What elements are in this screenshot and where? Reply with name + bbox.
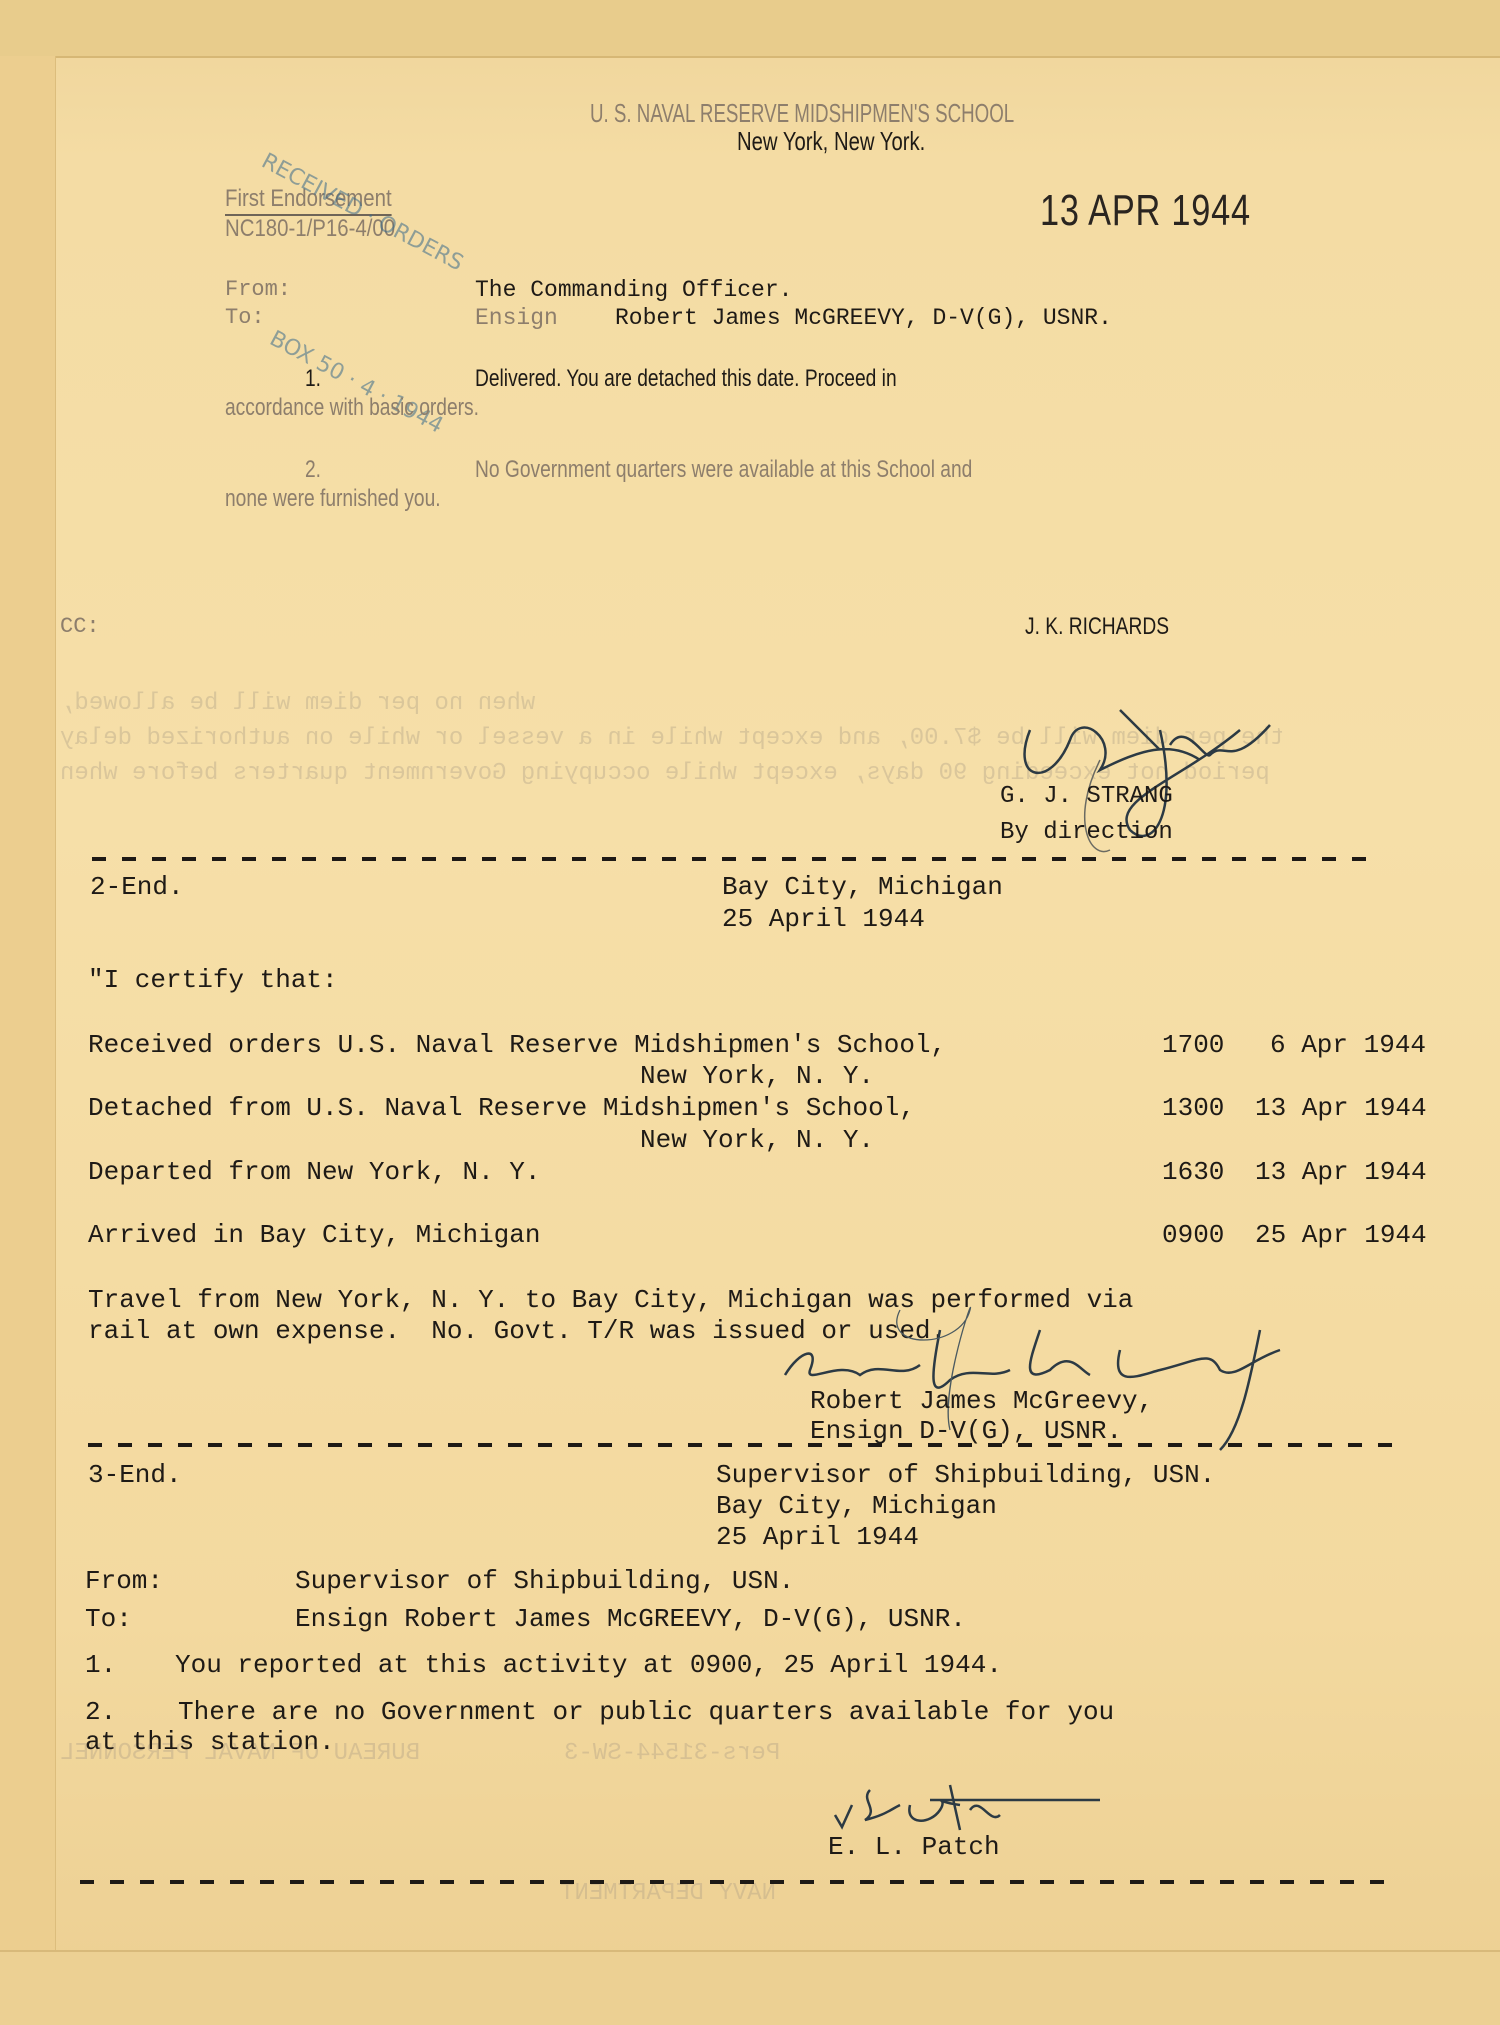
- third-endorsement-office: Supervisor of Shipbuilding, USN.: [716, 1460, 1215, 1490]
- itinerary-time: 1630: [1162, 1157, 1224, 1187]
- itinerary-date: 13 Apr 1944: [1255, 1093, 1427, 1123]
- itinerary-date: 25 Apr 1944: [1255, 1220, 1427, 1250]
- signer-name: J. K. RICHARDS: [1025, 612, 1169, 642]
- para2-number-3: 2.: [85, 1697, 116, 1727]
- from-label-3: From:: [85, 1566, 163, 1596]
- third-endorsement-date: 25 April 1944: [716, 1522, 919, 1552]
- top-paper-strip: [0, 0, 1500, 58]
- separator-line: [80, 1880, 1400, 1884]
- itinerary-time: 0900: [1162, 1220, 1224, 1250]
- third-endorsement-title: 3-End.: [88, 1460, 182, 1490]
- certify-heading: "I certify that:: [88, 965, 338, 995]
- to-label: To:: [225, 303, 265, 333]
- para2-line1: No Government quarters were available at…: [475, 455, 972, 485]
- date-stamp: 13 APR 1944: [1040, 196, 1251, 226]
- para1-line2: accordance with basic orders.: [225, 393, 479, 423]
- para2-line2-3: at this station.: [85, 1727, 335, 1757]
- bottom-paper-strip: [0, 1950, 1500, 2025]
- para1-3: You reported at this activity at 0900, 2…: [175, 1650, 1002, 1680]
- bleed-through-text: NAVY DEPARTMENT: [560, 1880, 776, 1907]
- patch-signer-name: E. L. Patch: [828, 1832, 1000, 1862]
- letterhead-line2: New York, New York.: [737, 126, 925, 156]
- to-label-3: To:: [85, 1604, 132, 1634]
- separator-line: [88, 1443, 1408, 1447]
- second-endorsement-place: Bay City, Michigan: [722, 872, 1003, 902]
- signature-rank: Ensign D-V(G), USNR.: [810, 1416, 1122, 1446]
- para1-number-3: 1.: [85, 1650, 116, 1680]
- signature-name: Robert James McGreevy,: [810, 1386, 1153, 1416]
- itinerary-desc: Detached from U.S. Naval Reserve Midship…: [88, 1093, 915, 1123]
- itinerary-desc: Departed from New York, N. Y.: [88, 1157, 540, 1187]
- from-value-3: Supervisor of Shipbuilding, USN.: [295, 1566, 794, 1596]
- to-value: Robert James McGREEVY, D-V(G), USNR.: [615, 303, 1112, 333]
- by-direction-name: G. J. STRANG: [1000, 782, 1173, 812]
- to-value-3: Ensign Robert James McGREEVY, D-V(G), US…: [295, 1604, 966, 1634]
- to-rank: Ensign: [475, 303, 558, 333]
- itinerary-date: 13 Apr 1944: [1255, 1157, 1427, 1187]
- itinerary-desc-location: New York, N. Y.: [640, 1061, 874, 1091]
- third-endorsement-place: Bay City, Michigan: [716, 1491, 997, 1521]
- separator-line: [92, 857, 1377, 861]
- itinerary-desc: Arrived in Bay City, Michigan: [88, 1220, 540, 1250]
- bleed-through-text: when no per diem will be allowed,: [60, 690, 535, 717]
- para1-number: 1.: [305, 364, 321, 394]
- itinerary-desc: Received orders U.S. Naval Reserve Midsh…: [88, 1030, 946, 1060]
- document-page: when no per diem will be allowed, the pe…: [0, 0, 1500, 2025]
- cc-label: CC:: [60, 612, 100, 642]
- second-endorsement-date: 25 April 1944: [722, 904, 925, 934]
- itinerary-date: 6 Apr 1944: [1270, 1030, 1426, 1060]
- left-paper-strip: [0, 56, 56, 2025]
- para2-line2: none were furnished you.: [225, 484, 441, 514]
- from-value: The Commanding Officer.: [475, 275, 792, 305]
- para1-line1: Delivered. You are detached this date. P…: [475, 364, 897, 394]
- by-direction-label: By direction: [1000, 818, 1173, 848]
- itinerary-time: 1300: [1162, 1093, 1224, 1123]
- para2-number: 2.: [305, 455, 321, 485]
- itinerary-time: 1700: [1162, 1030, 1224, 1060]
- para2-line1-3: There are no Government or public quarte…: [178, 1697, 1114, 1727]
- itinerary-desc-location: New York, N. Y.: [640, 1125, 874, 1155]
- letterhead-line1: U. S. NAVAL RESERVE MIDSHIPMEN'S SCHOOL: [590, 98, 1014, 128]
- from-label: From:: [225, 275, 291, 305]
- second-endorsement-title: 2-End.: [90, 872, 184, 902]
